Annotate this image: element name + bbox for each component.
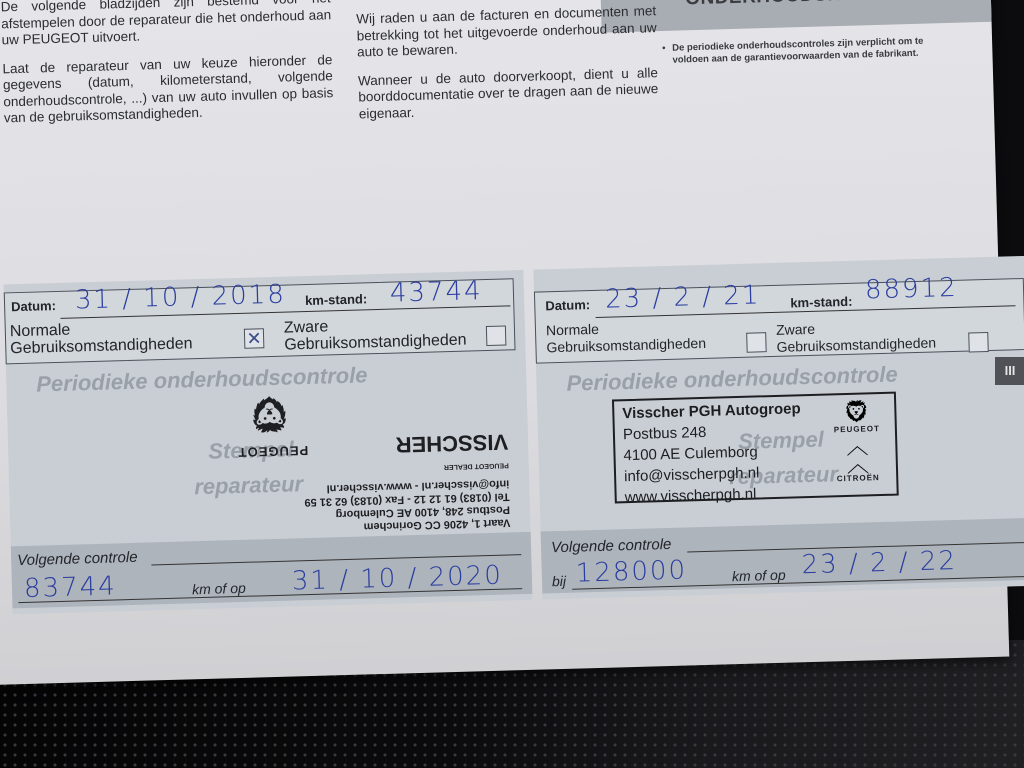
handwritten-km: 43744: [389, 276, 483, 309]
normale-label: NormaleGebruiksomstandigheden: [546, 318, 706, 356]
citroen-chevrons-icon: ︿︿: [827, 437, 888, 475]
service-entry-2: Datum: 23 / 2 / 21 km-stand: 88912 Norma…: [533, 256, 1024, 600]
datum-label: Datum:: [545, 297, 590, 313]
dealer-stamp-visscher-pgh: Visscher PGH Autogroep Postbus 248 4100 …: [612, 392, 899, 504]
handwritten-date: 31 / 10 / 2018: [75, 280, 287, 316]
normale-checkbox[interactable]: ✕: [244, 328, 265, 349]
date-km-box: Datum: 23 / 2 / 21 km-stand: 88912 Norma…: [534, 278, 1024, 364]
handwritten-next-date: 23 / 2 / 22: [801, 546, 957, 580]
peugeot-lion-icon: 🦁︎: [246, 392, 293, 435]
stamp-dealer-name: VISSCHER: [395, 428, 508, 457]
handwritten-km: 88912: [865, 273, 959, 306]
section-tab-marker: III: [995, 357, 1024, 385]
warranty-note: • De periodieke onderhoudscontroles zijn…: [672, 35, 943, 67]
date-km-box: Datum: 31 / 10 / 2018 km-stand: 43744 No…: [4, 278, 516, 364]
datum-label: Datum:: [11, 298, 56, 314]
intro-paragraph: Wij raden u aan de facturen en documente…: [356, 3, 657, 61]
intro-paragraph: Wanneer u de auto doorverkoopt, dient u …: [358, 65, 659, 123]
bullet-icon: •: [662, 43, 666, 55]
watermark-title: Periodieke onderhoudscontrole: [566, 362, 898, 397]
zware-checkbox[interactable]: [486, 325, 507, 346]
stamp-brand-logos: 🦁︎ PEUGEOT ︿︿ CITROËN: [826, 398, 888, 484]
zware-label: ZwareGebruiksomstandigheden: [284, 315, 467, 354]
km-stand-label: km-stand:: [790, 294, 853, 311]
normale-checkbox[interactable]: [746, 332, 767, 353]
volgende-controle-label: Volgende controle: [551, 536, 672, 556]
handwritten-next-km: 128000: [575, 555, 687, 588]
km-of-op-label: km of op: [192, 580, 246, 597]
peugeot-lion-icon: 🦁︎: [826, 398, 887, 426]
km-of-op-label: km of op: [732, 567, 786, 584]
header-band: ONDERHOUDSHISTORIE: [600, 0, 992, 33]
intro-paragraph: De volgende bladzijden zijn bestemd voor…: [1, 0, 332, 49]
bij-label: bij: [552, 573, 566, 589]
citroen-brand-label: CITROËN: [828, 473, 888, 484]
next-service-band: Volgende controle 83744 km of op 31 / 10…: [11, 532, 533, 608]
km-stand-label: km-stand:: [305, 291, 368, 308]
stamp-address-block: Vaart 1, 4206 CC Gorinchem Postbus 248, …: [304, 476, 511, 534]
next-service-band: Volgende controle bij 128000 km of op 23…: [541, 518, 1024, 594]
dealer-stamp-visscher: Vaart 1, 4206 CC Gorinchem Postbus 248, …: [156, 378, 520, 538]
zware-label: ZwareGebruiksomstandigheden: [776, 317, 936, 355]
warranty-note-text: De periodieke onderhoudscontroles zijn v…: [672, 36, 923, 66]
service-entry-1: Datum: 31 / 10 / 2018 km-stand: 43744 No…: [4, 270, 533, 614]
intro-left-column: De volgende bladzijden zijn bestemd voor…: [1, 0, 335, 139]
page-title: ONDERHOUDSHISTORIE: [685, 0, 921, 10]
zware-checkbox[interactable]: [968, 332, 989, 353]
volgende-controle-label: Volgende controle: [17, 549, 138, 569]
booklet-page: ONDERHOUDSHISTORIE De volgende bladzijde…: [0, 0, 1009, 685]
stamp-brand: PEUGEOT: [238, 443, 309, 460]
normale-label: NormaleGebruiksomstandigheden: [10, 318, 193, 357]
stamp-subtitle: PEUGEOT DEALER: [444, 461, 509, 470]
intro-paragraph: Laat de reparateur van uw keuze hieronde…: [2, 52, 334, 127]
intro-middle-column: Wij raden u aan de facturen en documente…: [356, 3, 659, 134]
handwritten-date: 23 / 2 / 21: [605, 280, 761, 314]
stamp-address-block: Visscher PGH Autogroep Postbus 248 4100 …: [622, 398, 803, 508]
